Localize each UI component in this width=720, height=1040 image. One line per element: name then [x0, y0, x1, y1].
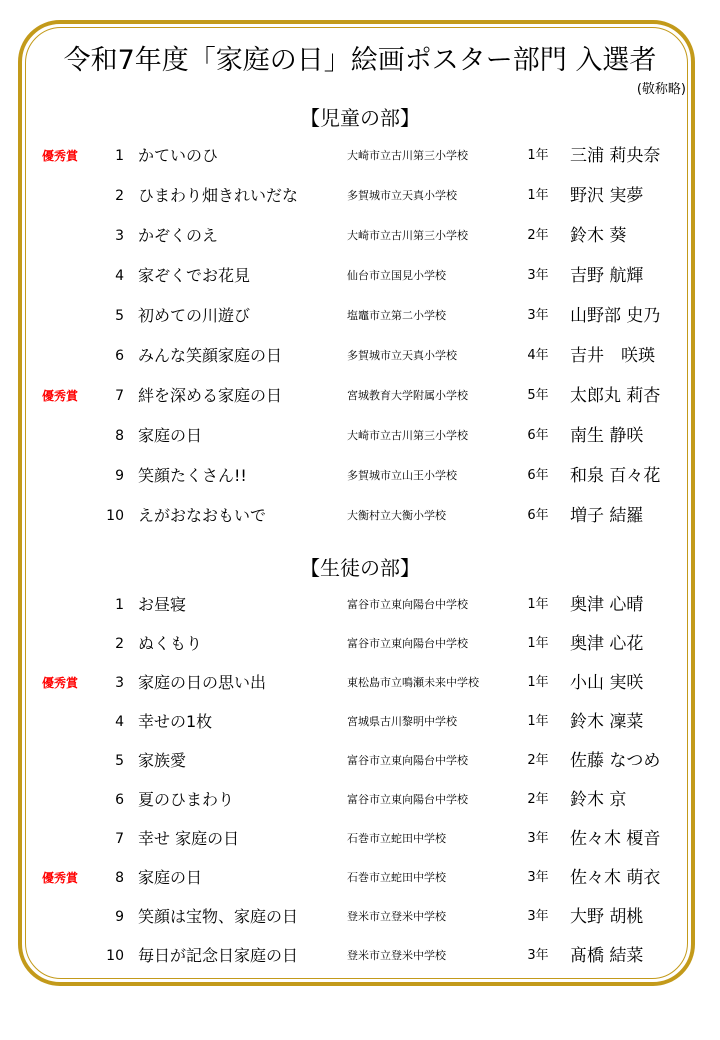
school-name: 大崎市立古川第三小学校 — [347, 424, 468, 448]
award-label: 優秀賞 — [38, 671, 82, 695]
school-name: 宮城県古川黎明中学校 — [347, 710, 457, 734]
list-item: 優秀賞 3 家庭の日の思い出 東松島市立鳴瀬未来中学校 1年 小山 実咲 — [0, 671, 720, 695]
list-item: 3 かぞくのえ 大崎市立古川第三小学校 2年 鈴木 葵 — [0, 224, 720, 248]
grade: 1年 — [522, 632, 554, 656]
list-item: 4 家ぞくでお花見 仙台市立国見小学校 3年 吉野 航輝 — [0, 264, 720, 288]
list-item: 2 ひまわり畑きれいだな 多賀城市立天真小学校 1年 野沢 実夢 — [0, 184, 720, 208]
list-item: 6 夏のひまわり 富谷市立東向陽台中学校 2年 鈴木 京 — [0, 788, 720, 812]
grade: 6年 — [522, 464, 554, 488]
school-name: 東松島市立鳴瀬未来中学校 — [347, 671, 479, 695]
grade: 3年 — [522, 827, 554, 851]
student-name: 佐藤 なつめ — [570, 749, 660, 773]
list-item: 2 ぬくもり 富谷市立東向陽台中学校 1年 奥津 心花 — [0, 632, 720, 656]
entry-number: 6 — [96, 788, 124, 812]
grade: 3年 — [522, 304, 554, 328]
entry-number: 6 — [96, 344, 124, 368]
school-name: 富谷市立東向陽台中学校 — [347, 593, 468, 617]
award-label: 優秀賞 — [38, 866, 82, 890]
school-name: 宮城教育大学附属小学校 — [347, 384, 468, 408]
school-name: 富谷市立東向陽台中学校 — [347, 749, 468, 773]
school-name: 大衡村立大衡小学校 — [347, 504, 446, 528]
list-item: 9 笑顔たくさん!! 多賀城市立山王小学校 6年 和泉 百々花 — [0, 464, 720, 488]
student-name: 大野 胡桃 — [570, 905, 643, 929]
work-title: ひまわり畑きれいだな — [138, 184, 298, 208]
student-name: 和泉 百々花 — [570, 464, 660, 488]
student-name: 鈴木 葵 — [570, 224, 626, 248]
grade: 1年 — [522, 710, 554, 734]
grade: 1年 — [522, 671, 554, 695]
entry-number: 2 — [96, 184, 124, 208]
work-title: 絆を深める家庭の日 — [138, 384, 282, 408]
section-heading: 【児童の部】 — [0, 102, 720, 131]
work-title: 家族愛 — [138, 749, 186, 773]
student-name: 佐々木 萌衣 — [570, 866, 660, 890]
work-title: 笑顔たくさん!! — [138, 464, 247, 488]
entry-number: 3 — [96, 224, 124, 248]
list-item: 7 幸せ 家庭の日 石巻市立蛇田中学校 3年 佐々木 榎音 — [0, 827, 720, 851]
student-name: 髙橋 結菜 — [570, 944, 643, 968]
grade: 2年 — [522, 224, 554, 248]
section-heading: 【生徒の部】 — [0, 552, 720, 581]
entry-number: 8 — [96, 424, 124, 448]
entry-number: 7 — [96, 384, 124, 408]
grade: 4年 — [522, 344, 554, 368]
school-name: 石巻市立蛇田中学校 — [347, 866, 446, 890]
student-name: 鈴木 凜菜 — [570, 710, 643, 734]
school-name: 富谷市立東向陽台中学校 — [347, 788, 468, 812]
student-name: 奥津 心花 — [570, 632, 643, 656]
student-name: 三浦 莉央奈 — [570, 144, 660, 168]
grade: 1年 — [522, 184, 554, 208]
school-name: 富谷市立東向陽台中学校 — [347, 632, 468, 656]
list-item: 優秀賞 1 かていのひ 大崎市立古川第三小学校 1年 三浦 莉央奈 — [0, 144, 720, 168]
grade: 3年 — [522, 944, 554, 968]
entry-number: 9 — [96, 464, 124, 488]
grade: 3年 — [522, 264, 554, 288]
work-title: ぬくもり — [138, 632, 202, 656]
school-name: 大崎市立古川第三小学校 — [347, 144, 468, 168]
honorific-note: (敬称略) — [637, 78, 686, 97]
list-item: 10 毎日が記念日家庭の日 登米市立登米中学校 3年 髙橋 結菜 — [0, 944, 720, 968]
school-name: 仙台市立国見小学校 — [347, 264, 446, 288]
list-item: 5 初めての川遊び 塩竈市立第二小学校 3年 山野部 史乃 — [0, 304, 720, 328]
school-name: 多賀城市立山王小学校 — [347, 464, 457, 488]
grade: 6年 — [522, 504, 554, 528]
page-title: 令和7年度「家庭の日」絵画ポスター部門 入選者 — [0, 38, 720, 77]
entry-number: 3 — [96, 671, 124, 695]
grade: 3年 — [522, 866, 554, 890]
student-name: 佐々木 榎音 — [570, 827, 660, 851]
student-name: 鈴木 京 — [570, 788, 626, 812]
work-title: 毎日が記念日家庭の日 — [138, 944, 298, 968]
work-title: 家庭の日 — [138, 424, 202, 448]
grade: 6年 — [522, 424, 554, 448]
entry-number: 5 — [96, 749, 124, 773]
grade: 2年 — [522, 749, 554, 773]
work-title: 初めての川遊び — [138, 304, 250, 328]
award-label: 優秀賞 — [38, 384, 82, 408]
work-title: 幸せの1枚 — [138, 710, 212, 734]
school-name: 大崎市立古川第三小学校 — [347, 224, 468, 248]
grade: 2年 — [522, 788, 554, 812]
list-item: 10 えがおなおもいで 大衡村立大衡小学校 6年 増子 結羅 — [0, 504, 720, 528]
entry-number: 10 — [96, 944, 124, 968]
work-title: みんな笑顔家庭の日 — [138, 344, 282, 368]
student-name: 小山 実咲 — [570, 671, 643, 695]
student-name: 吉野 航輝 — [570, 264, 643, 288]
list-item: 1 お昼寝 富谷市立東向陽台中学校 1年 奥津 心晴 — [0, 593, 720, 617]
entry-number: 4 — [96, 264, 124, 288]
work-title: 笑顔は宝物、家庭の日 — [138, 905, 298, 929]
work-title: お昼寝 — [138, 593, 186, 617]
student-name: 山野部 史乃 — [570, 304, 660, 328]
student-name: 奥津 心晴 — [570, 593, 643, 617]
list-item: 9 笑顔は宝物、家庭の日 登米市立登米中学校 3年 大野 胡桃 — [0, 905, 720, 929]
entry-number: 4 — [96, 710, 124, 734]
student-name: 吉井 咲瑛 — [570, 344, 655, 368]
grade: 1年 — [522, 593, 554, 617]
list-item: 優秀賞 7 絆を深める家庭の日 宮城教育大学附属小学校 5年 太郎丸 莉杏 — [0, 384, 720, 408]
school-name: 塩竈市立第二小学校 — [347, 304, 446, 328]
entry-number: 7 — [96, 827, 124, 851]
entry-number: 8 — [96, 866, 124, 890]
school-name: 多賀城市立天真小学校 — [347, 344, 457, 368]
work-title: 家庭の日の思い出 — [138, 671, 266, 695]
student-name: 南生 静咲 — [570, 424, 643, 448]
entry-number: 9 — [96, 905, 124, 929]
work-title: かぞくのえ — [138, 224, 218, 248]
school-name: 登米市立登米中学校 — [347, 905, 446, 929]
entry-number: 1 — [96, 144, 124, 168]
work-title: 幸せ 家庭の日 — [138, 827, 239, 851]
entry-number: 10 — [96, 504, 124, 528]
list-item: 優秀賞 8 家庭の日 石巻市立蛇田中学校 3年 佐々木 萌衣 — [0, 866, 720, 890]
list-item: 8 家庭の日 大崎市立古川第三小学校 6年 南生 静咲 — [0, 424, 720, 448]
work-title: 夏のひまわり — [138, 788, 234, 812]
list-item: 5 家族愛 富谷市立東向陽台中学校 2年 佐藤 なつめ — [0, 749, 720, 773]
work-title: 家ぞくでお花見 — [138, 264, 250, 288]
list-item: 6 みんな笑顔家庭の日 多賀城市立天真小学校 4年 吉井 咲瑛 — [0, 344, 720, 368]
school-name: 多賀城市立天真小学校 — [347, 184, 457, 208]
work-title: えがおなおもいで — [138, 504, 266, 528]
grade: 5年 — [522, 384, 554, 408]
list-item: 4 幸せの1枚 宮城県古川黎明中学校 1年 鈴木 凜菜 — [0, 710, 720, 734]
entry-number: 2 — [96, 632, 124, 656]
student-name: 太郎丸 莉杏 — [570, 384, 660, 408]
grade: 1年 — [522, 144, 554, 168]
entry-number: 1 — [96, 593, 124, 617]
school-name: 登米市立登米中学校 — [347, 944, 446, 968]
student-name: 増子 結羅 — [570, 504, 643, 528]
school-name: 石巻市立蛇田中学校 — [347, 827, 446, 851]
student-name: 野沢 実夢 — [570, 184, 643, 208]
grade: 3年 — [522, 905, 554, 929]
work-title: かていのひ — [138, 144, 218, 168]
entry-number: 5 — [96, 304, 124, 328]
work-title: 家庭の日 — [138, 866, 202, 890]
award-label: 優秀賞 — [38, 144, 82, 168]
